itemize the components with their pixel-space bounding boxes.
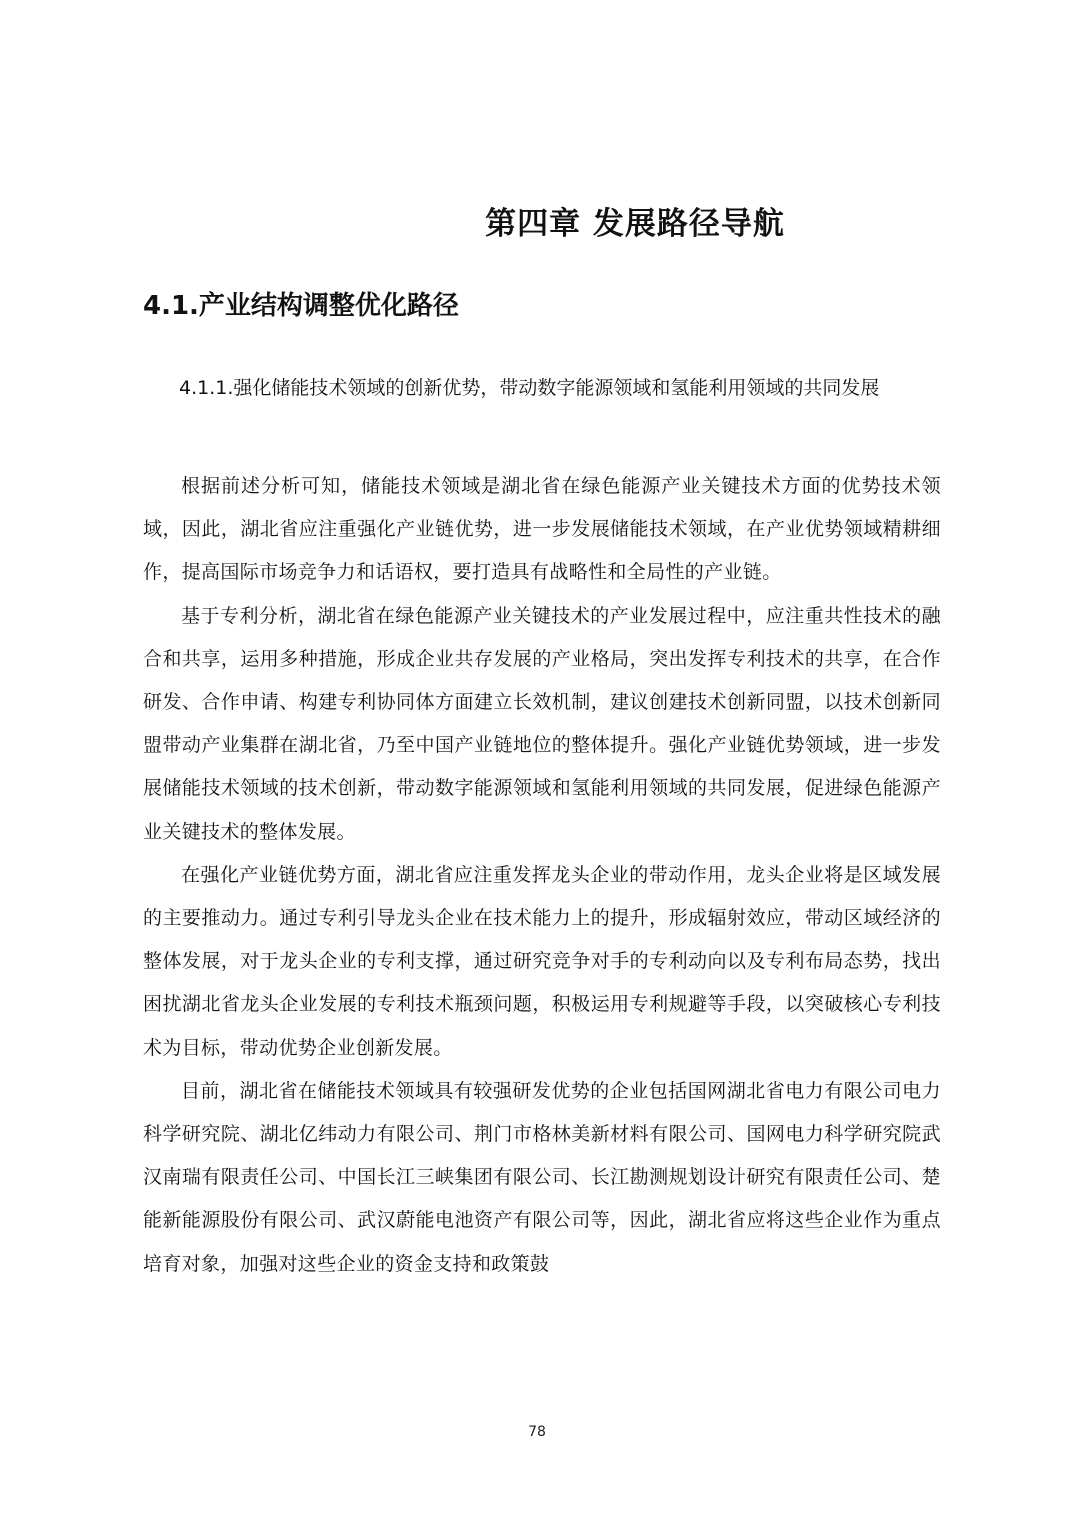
body-text: 根据前述分析可知，储能技术领域是湖北省在绿色能源产业关键技术方面的优势技术领域，… <box>143 465 941 1286</box>
page-number: 78 <box>0 1424 1074 1440</box>
paragraph: 根据前述分析可知，储能技术领域是湖北省在绿色能源产业关键技术方面的优势技术领域，… <box>143 465 941 595</box>
paragraph: 在强化产业链优势方面，湖北省应注重发挥龙头企业的带动作用，龙头企业将是区域发展的… <box>143 854 941 1070</box>
chapter-title: 第四章 发展路径导航 <box>0 198 1074 243</box>
document-page: 第四章 发展路径导航 4.1.产业结构调整优化路径 4.1.1.强化储能技术领域… <box>0 0 1074 1520</box>
paragraph: 基于专利分析，湖北省在绿色能源产业关键技术的产业发展过程中，应注重共性技术的融合… <box>143 595 941 854</box>
paragraph: 目前，湖北省在储能技术领域具有较强研发优势的企业包括国网湖北省电力有限公司电力科… <box>143 1070 941 1286</box>
section-title: 4.1.产业结构调整优化路径 <box>143 285 459 322</box>
subsection-title: 4.1.1.强化储能技术领域的创新优势，带动数字能源领域和氢能利用领域的共同发展 <box>143 367 941 409</box>
